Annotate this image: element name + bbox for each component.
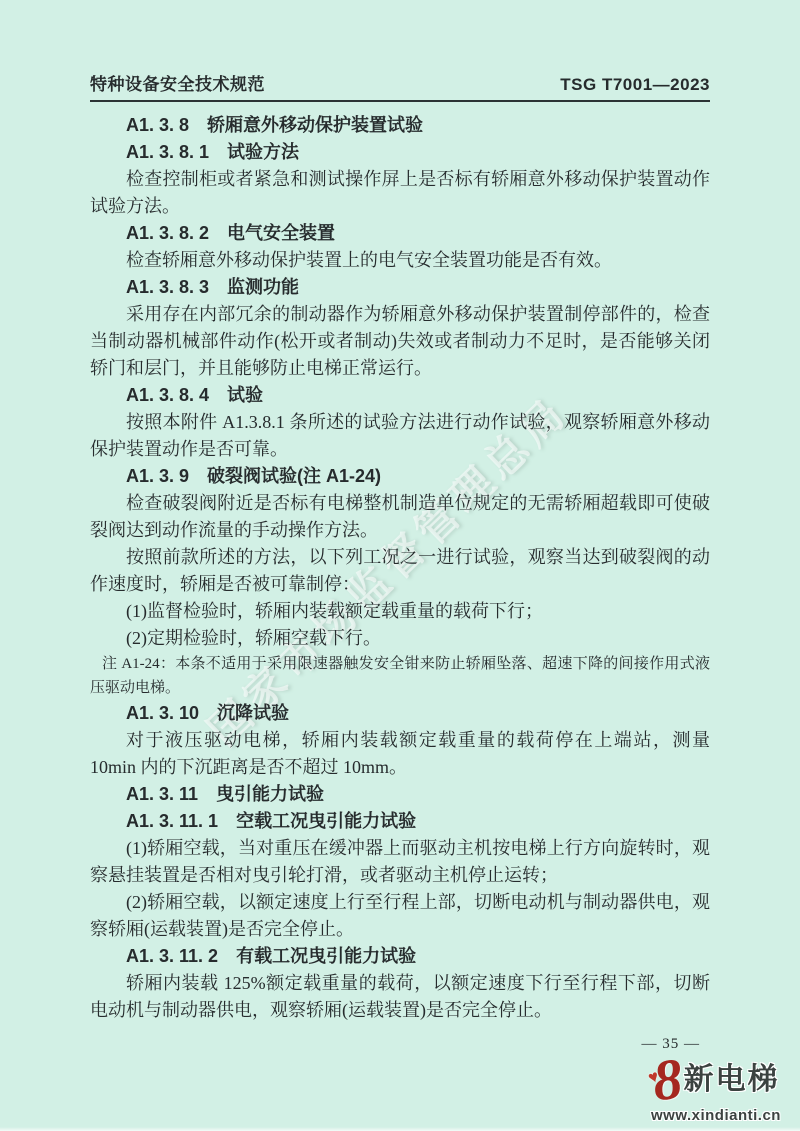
section-heading: A1. 3. 11. 1 空载工况曳引能力试验 bbox=[90, 808, 710, 835]
paragraph: 检查轿厢意外移动保护装置上的电气安全装置功能是否有效。 bbox=[90, 247, 710, 274]
section-heading: A1. 3. 9 破裂阀试验(注 A1-24) bbox=[90, 463, 710, 490]
logo-brand-name: 新电梯 bbox=[684, 1065, 780, 1095]
section-heading: A1. 3. 8 轿厢意外移动保护装置试验 bbox=[90, 112, 710, 139]
section-heading: A1. 3. 11 曳引能力试验 bbox=[90, 781, 710, 808]
paragraph: 检查控制柜或者紧急和测试操作屏上是否标有轿厢意外移动保护装置动作试验方法。 bbox=[90, 166, 710, 220]
page-header: 特种设备安全技术规范 TSG T7001—2023 bbox=[90, 70, 710, 102]
paragraph: 轿厢内装载 125%额定载重量的载荷，以额定速度下行至行程下部，切断电动机与制动… bbox=[90, 970, 710, 1024]
paragraph: 检查破裂阀附近是否标有电梯整机制造单位规定的无需轿厢超载即可使破裂阀达到动作流量… bbox=[90, 490, 710, 544]
logo-8-icon: 8♥ bbox=[650, 1053, 684, 1108]
section-heading: A1. 3. 11. 2 有载工况曳引能力试验 bbox=[90, 943, 710, 970]
paragraph: 按照本附件 A1.3.8.1 条所述的试验方法进行动作试验，观察轿厢意外移动保护… bbox=[90, 409, 710, 463]
paragraph: (1)轿厢空载，当对重压在缓冲器上而驱动主机按电梯上行方向旋转时，观察悬挂装置是… bbox=[90, 835, 710, 889]
section-heading: A1. 3. 8. 1 试验方法 bbox=[90, 139, 710, 166]
section-heading: A1. 3. 8. 3 监测功能 bbox=[90, 274, 710, 301]
paragraph: 采用存在内部冗余的制动器作为轿厢意外移动保护装置制停部件的，检查当制动器机械部件… bbox=[90, 301, 710, 382]
paragraph: (2)定期检验时，轿厢空载下行。 bbox=[90, 625, 710, 652]
logo-row: 8♥ 新电梯 bbox=[640, 1054, 792, 1106]
paragraph: 按照前款所述的方法，以下列工况之一进行试验，观察当达到破裂阀的动作速度时，轿厢是… bbox=[90, 544, 710, 598]
footnote: 注 A1-24：本条不适用于采用限速器触发安全钳来防止轿厢坠落、超速下降的间接作… bbox=[90, 652, 710, 700]
paragraph: 对于液压驱动电梯，轿厢内装载额定载重量的载荷停在上端站，测量 10min 内的下… bbox=[90, 727, 710, 781]
section-heading: A1. 3. 8. 4 试验 bbox=[90, 382, 710, 409]
section-heading: A1. 3. 10 沉降试验 bbox=[90, 700, 710, 727]
document-body: A1. 3. 8 轿厢意外移动保护装置试验A1. 3. 8. 1 试验方法检查控… bbox=[90, 112, 710, 1024]
xindianti-logo: 8♥ 新电梯 www.xindianti.cn bbox=[640, 1054, 792, 1123]
section-heading: A1. 3. 8. 2 电气安全装置 bbox=[90, 220, 710, 247]
document-page: 国家市场监督管理总局 特种设备安全技术规范 TSG T7001—2023 A1.… bbox=[0, 0, 800, 1131]
header-doc-number: TSG T7001—2023 bbox=[560, 75, 710, 95]
paragraph: (1)监督检验时，轿厢内装载额定载重量的载荷下行； bbox=[90, 598, 710, 625]
header-title: 特种设备安全技术规范 bbox=[90, 70, 265, 95]
paragraph: (2)轿厢空载，以额定速度上行至行程上部，切断电动机与制动器供电，观察轿厢(运载… bbox=[90, 889, 710, 943]
